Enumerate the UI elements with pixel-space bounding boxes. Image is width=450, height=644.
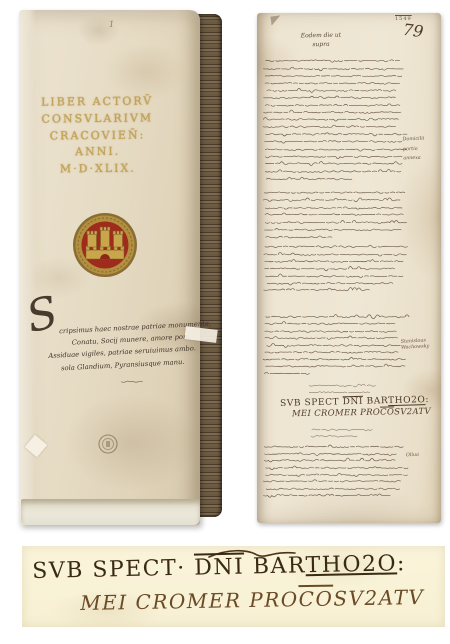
inscription-text: MEI CROMER PRO — [292, 408, 380, 420]
detail-text: BAR — [244, 553, 306, 579]
handwriting-scribble — [263, 57, 409, 190]
inscription-text: SV2ATV — [394, 407, 431, 418]
vellum-cover: 1 LIBER ACTORV̄ CONSVLARIVM CRACOVIEN̄: … — [19, 10, 200, 525]
detail-text-overlined: DNI — [194, 555, 245, 581]
library-stamp-icon — [98, 434, 118, 454]
handwriting-scribble — [263, 189, 409, 249]
margin-note-line: Oliua — [406, 452, 419, 459]
margin-note-line: Domicilii — [403, 135, 425, 145]
margin-note: Domicilii portio annexa — [403, 135, 426, 164]
margin-note-line: annexa — [403, 154, 425, 164]
handwriting-scribble — [263, 443, 409, 507]
detail-text: SVB SPECT· — [32, 556, 195, 584]
margin-note: Stanislaus Wachowsky — [401, 338, 430, 352]
inscription-text-overlined: CO — [380, 407, 394, 417]
detail-text-overlined: CO — [298, 587, 333, 612]
manuscript-folio: 1549 79 Eodem die ut supra Domicilii por… — [257, 13, 441, 523]
margin-note: Oliua — [406, 452, 419, 459]
inscription-detail-strip: SVB SPECT· DNI BARTHO2O: MEI CROMER PROC… — [22, 546, 445, 627]
detail-line2: MEI CROMER PROCOSV2ATV — [80, 585, 425, 615]
inscription-text: : — [425, 395, 429, 405]
detail-text: SV2ATV — [333, 585, 424, 611]
handwriting-scribble — [263, 243, 409, 302]
handwriting-scribble — [263, 313, 409, 385]
inscription-text: BAR — [363, 396, 388, 407]
page-curl-edge — [21, 499, 200, 525]
inscription-text-underlined: THO2O — [388, 395, 426, 406]
handwritten-body-text — [257, 13, 441, 523]
book-cover-photo: 1 LIBER ACTORV̄ CONSVLARIVM CRACOVIEN̄: … — [19, 10, 222, 525]
detail-text: MEI CROMER PRO — [80, 587, 299, 615]
detail-text-underlined: THO2O — [305, 551, 397, 578]
inscription-text: SVB SPECT — [280, 397, 343, 409]
manuscript-figure: 1 LIBER ACTORV̄ CONSVLARIVM CRACOVIEN̄: … — [0, 0, 450, 644]
detail-text: : — [397, 551, 406, 576]
detail-line1: SVB SPECT· DNI BARTHO2O: — [32, 551, 406, 584]
inscription-text-overlined: DNI — [343, 397, 364, 408]
handwriting-scribble — [119, 378, 145, 392]
